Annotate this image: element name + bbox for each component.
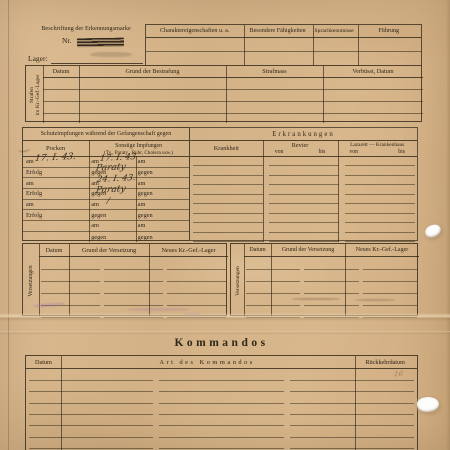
versetzungen-table-right: Versetzungen Datum Grund der Versetzung … <box>230 243 418 316</box>
strafen-col-strafmass: Strafmass <box>226 68 323 75</box>
blank-row <box>39 293 228 305</box>
blank-row <box>26 415 417 426</box>
blank-row <box>43 78 423 90</box>
pow-record-card: Beschriftung der Erkennungsmarke Nr. Lag… <box>0 0 450 450</box>
impfungen-title: Schutzimpfungen während der Gefangenscha… <box>23 128 189 141</box>
lager-line <box>51 63 143 64</box>
impfungen-col-sonstige-line2: (Ty., Paraty., Ruhr, Cholera usw.) <box>88 150 189 156</box>
kommandos-col-art: Art des Kommandos <box>61 359 354 366</box>
sonstige-cell: gegen <box>88 234 134 241</box>
versetzung-col-grund: Grund der Versetzung <box>69 247 149 254</box>
blank-row <box>43 114 423 125</box>
kommandos-col-rueckkehrdatum: Rückkehrdatum <box>353 359 417 366</box>
pocken-cell: am <box>23 201 88 208</box>
impfungen-table: Schutzimpfungen während der Gefangenscha… <box>22 127 190 241</box>
blank-row <box>244 305 419 317</box>
blank-row <box>146 52 421 65</box>
nr-value-scribble <box>77 38 124 48</box>
col-charaktereigenschaften: Charaktereigenschaften u. a. <box>146 28 243 34</box>
pencil-smudge <box>90 52 132 57</box>
impfungen-row: Erfolg gegen gegen <box>23 168 189 179</box>
kommandos-table: Datum Art des Kommandos Rückkehrdatum 16 <box>25 355 418 450</box>
pocken-cell: am <box>23 158 88 165</box>
col-lazarett: Lazarett — Krankenhaus <box>337 142 417 149</box>
strafen-side-label: Strafen im Kr.-Gef.-Lager <box>26 66 43 123</box>
strafen-table: Strafen im Kr.-Gef.-Lager Datum Grund de… <box>25 65 422 122</box>
lager-label: Lager: <box>28 54 48 63</box>
impfungen-col-sonstige-line1: Sonstige Impfungen <box>88 143 189 150</box>
sonstige-cell: gegen <box>135 212 189 219</box>
pocken-cell: Erfolg <box>23 212 88 219</box>
versetzung-col-datum: Datum <box>244 247 271 253</box>
erkennungsmarke-label: Beschriftung der Erkennungsmarke <box>28 25 144 32</box>
pocken-cell: Erfolg <box>23 190 88 197</box>
impfungen-row: am am am <box>23 157 189 168</box>
col-revier: Revier <box>263 142 338 149</box>
impfungen-row: Erfolg gegen gegen <box>23 189 189 200</box>
blank-row <box>146 38 421 52</box>
versetzungen-side-label: Versetzungen <box>23 244 39 317</box>
blank-row <box>43 102 423 114</box>
blank-row <box>26 426 417 437</box>
sonstige-cell: am <box>88 158 134 165</box>
erkrankungen-table: Erkrankungen Krankheit Revier von bis La… <box>190 127 418 241</box>
blank-row <box>39 257 228 269</box>
strafen-side-label-line2: im Kr.-Gef.-Lager <box>35 74 41 115</box>
strafen-side-label-line1: Strafen <box>28 74 34 115</box>
strafen-col-datum: Datum <box>43 68 79 75</box>
sonstige-cell: gegen <box>88 190 134 197</box>
blank-row <box>26 403 417 414</box>
sonstige-cell: am <box>135 158 189 165</box>
versetzung-col-neues-lager: Neues Kr.-Gef.-Lager <box>149 247 228 254</box>
impfungen-row: am am am <box>23 200 189 211</box>
strafen-col-verbuesst: Verbüsst, Datum <box>323 68 423 75</box>
blank-row <box>39 269 228 281</box>
versetzungen-side-label: Versetzungen <box>231 244 244 317</box>
punch-hole <box>424 223 442 239</box>
merkmal-table: Charaktereigenschaften u. a. Besondere F… <box>145 24 422 65</box>
blank-row <box>26 380 417 391</box>
sonstige-cell: am <box>88 180 134 187</box>
impfungen-row: gegen gegen <box>23 232 189 243</box>
sonstige-cell: gegen <box>88 212 134 219</box>
versetzung-col-grund: Grund der Versetzung <box>271 247 345 253</box>
pocken-cell: Erfolg <box>23 169 88 176</box>
pocken-cell: am <box>23 180 88 187</box>
versetzung-col-datum: Datum <box>39 247 69 254</box>
fold-crease <box>0 331 450 335</box>
sonstige-cell: am <box>88 222 134 229</box>
blank-row <box>244 281 419 293</box>
kommandos-col-datum: Datum <box>26 359 61 366</box>
sonstige-cell: gegen <box>135 234 189 241</box>
sonstige-cell: am <box>135 222 189 229</box>
impfungen-row: am am am <box>23 178 189 189</box>
sonstige-cell: am <box>88 201 134 208</box>
col-sprachkenntnisse: Sprachkenntnisse <box>312 28 357 34</box>
versetzungen-table-left: Versetzungen Datum Grund der Versetzung … <box>22 243 227 316</box>
erkrankungen-title: Erkrankungen <box>190 128 417 141</box>
sonstige-cell: gegen <box>88 169 134 176</box>
col-fuehrung: Führung <box>356 28 421 34</box>
paper-right-edge <box>446 0 450 450</box>
versetzung-col-neues-lager: Neues Kr.-Gef.-Lager <box>345 247 419 253</box>
sonstige-cell: gegen <box>135 190 189 197</box>
blank-row <box>190 232 418 242</box>
blank-row <box>39 305 228 317</box>
impfungen-row: am am <box>23 221 189 232</box>
impfungen-col-pocken: Pocken <box>23 145 88 152</box>
col-besondere-faehigkeiten: Besondere Fähigkeiten <box>243 28 312 34</box>
blank-row <box>26 437 417 448</box>
impfungen-row: Erfolg gegen gegen <box>23 210 189 221</box>
sonstige-cell: am <box>135 180 189 187</box>
blank-row <box>26 369 417 380</box>
blank-row <box>244 269 419 281</box>
punch-hole <box>416 396 440 414</box>
blank-row <box>43 90 423 102</box>
blank-row <box>244 257 419 269</box>
blank-row <box>39 281 228 293</box>
nr-label: Nr. <box>62 36 71 45</box>
sonstige-cell: gegen <box>135 169 189 176</box>
col-krankheit: Krankheit <box>190 145 263 152</box>
kommandos-title: Kommandos <box>25 337 418 349</box>
strafen-col-grund: Grund der Bestrafung <box>79 68 226 75</box>
sonstige-cell: am <box>135 201 189 208</box>
paper-left-edge <box>8 0 9 450</box>
blank-row <box>244 293 419 305</box>
blank-row <box>26 392 417 403</box>
